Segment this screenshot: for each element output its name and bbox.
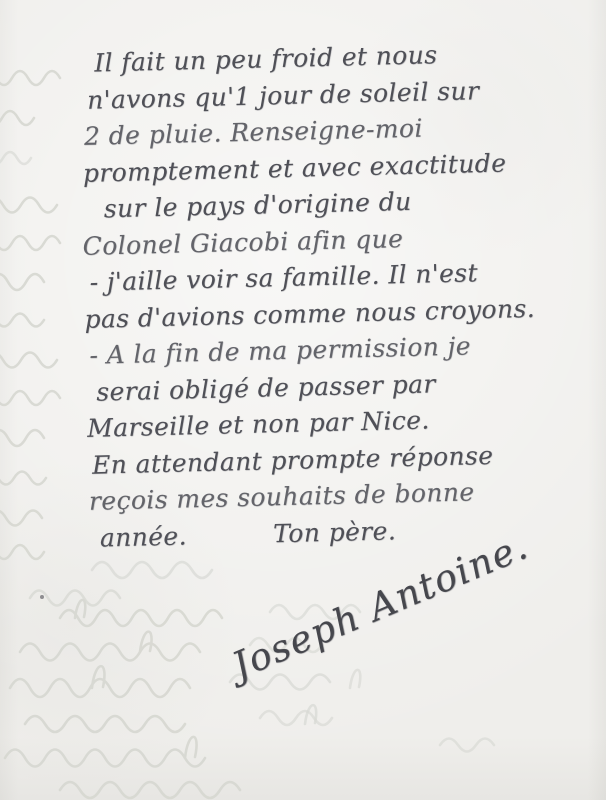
scanned-letter-page: Il fait un peu froid et nous n'avons qu'… (0, 0, 606, 800)
letter-signoff: Ton père. (273, 516, 397, 548)
ink-fleck (40, 595, 44, 599)
letter-line: année. (99, 521, 187, 552)
letter-body: Il fait un peu froid et nous n'avons qu'… (78, 34, 570, 557)
